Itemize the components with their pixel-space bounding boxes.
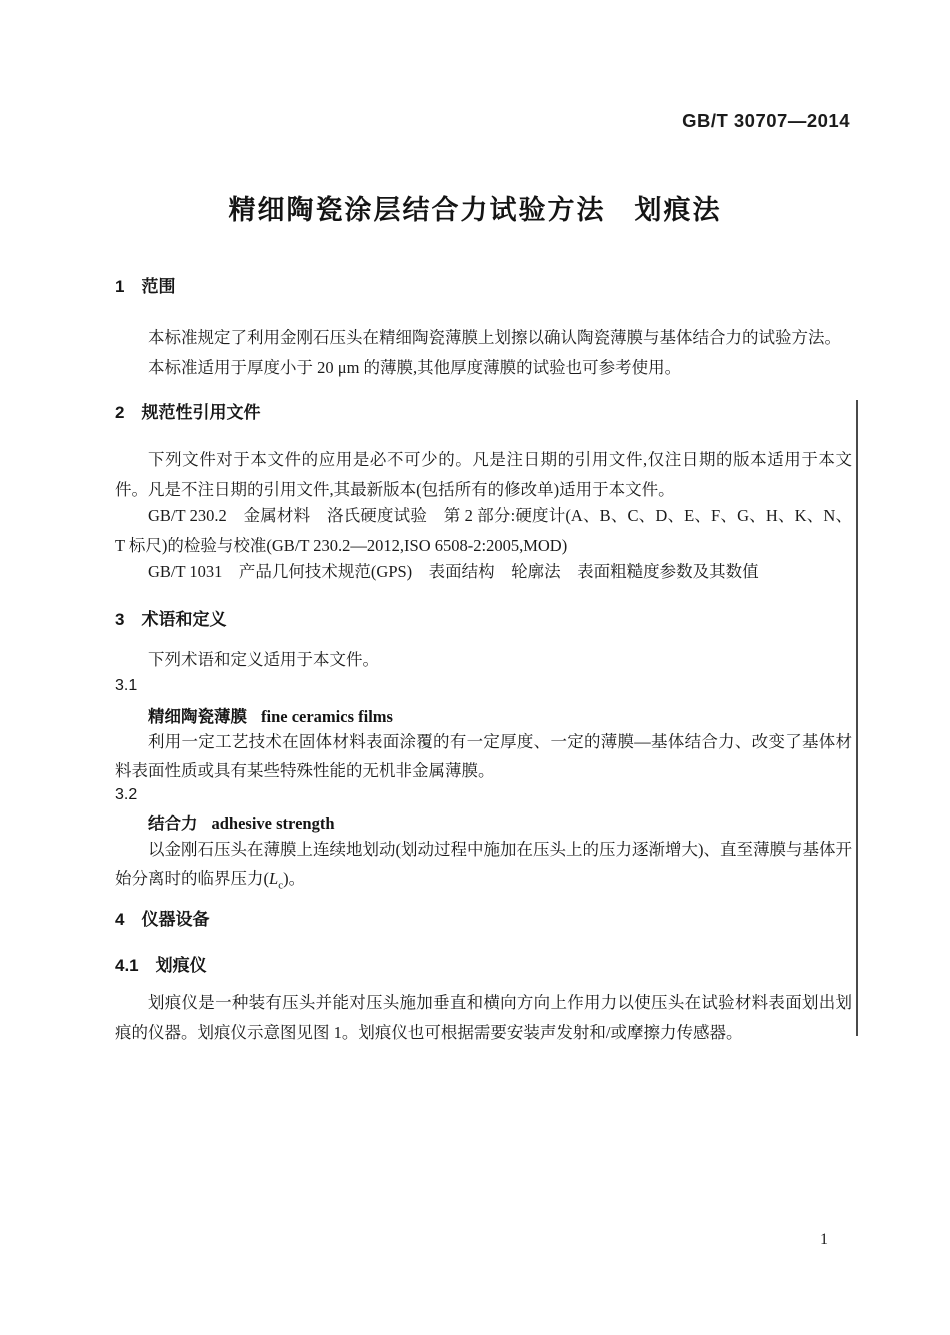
term-2-definition-end: )。	[283, 869, 305, 888]
section-1-paragraph-2: 本标准适用于厚度小于 20 μm 的薄膜,其他厚度薄膜的试验也可参考使用。	[115, 353, 852, 383]
term-2-definition: 以金刚石压头在薄膜上连续地划动(划动过程中施加在压头上的压力逐渐增大)、直至薄膜…	[115, 835, 852, 900]
term-1-title: 精细陶瓷薄膜fine ceramics films	[148, 703, 853, 727]
section-2-intro: 下列文件对于本文件的应用是必不可少的。凡是注日期的引用文件,仅注日期的版本适用于…	[115, 445, 852, 505]
clause-3-1-number: 3.1	[115, 677, 137, 695]
section-2-reference-2: GB/T 1031 产品几何技术规范(GPS) 表面结构 轮廓法 表面粗糙度参数…	[115, 557, 852, 587]
term-2-chinese: 结合力	[148, 815, 198, 833]
term-2-definition-text: 以金刚石压头在薄膜上连续地划动(划动过程中施加在压头上的压力逐渐增大)、直至薄膜…	[115, 840, 852, 888]
document-title: 精细陶瓷涂层结合力试验方法 划痕法	[0, 188, 950, 227]
term-1-english: fine ceramics films	[261, 707, 393, 726]
section-3-heading: 3 术语和定义	[115, 605, 855, 630]
term-1-definition: 利用一定工艺技术在固体材料表面涂覆的有一定厚度、一定的薄膜—基体结合力、改变了基…	[115, 727, 852, 785]
section-2-reference-1: GB/T 230.2 金属材料 洛氏硬度试验 第 2 部分:硬度计(A、B、C、…	[115, 501, 852, 561]
clause-3-2-number: 3.2	[115, 786, 137, 804]
term-2-english: adhesive strength	[212, 814, 335, 833]
margin-change-bar	[856, 400, 858, 1036]
document-page: GB/T 30707—2014 精细陶瓷涂层结合力试验方法 划痕法 1 范围 本…	[0, 0, 950, 1335]
section-1-heading: 1 范围	[115, 272, 855, 297]
section-4-1-heading: 4.1 划痕仪	[115, 951, 855, 976]
section-4-heading: 4 仪器设备	[115, 905, 855, 930]
section-3-intro: 下列术语和定义适用于本文件。	[115, 645, 852, 675]
page-number: 1	[820, 1231, 828, 1249]
section-2-heading: 2 规范性引用文件	[115, 398, 855, 423]
section-1-paragraph-1: 本标准规定了利用金刚石压头在精细陶瓷薄膜上划擦以确认陶瓷薄膜与基体结合力的试验方…	[115, 323, 852, 353]
critical-load-symbol: L	[269, 869, 278, 888]
term-1-chinese: 精细陶瓷薄膜	[148, 708, 247, 726]
section-4-1-paragraph: 划痕仪是一种装有压头并能对压头施加垂直和横向方向上作用力以使压头在试验材料表面划…	[115, 988, 852, 1048]
standard-code: GB/T 30707—2014	[682, 110, 850, 132]
term-2-title: 结合力adhesive strength	[148, 810, 853, 834]
